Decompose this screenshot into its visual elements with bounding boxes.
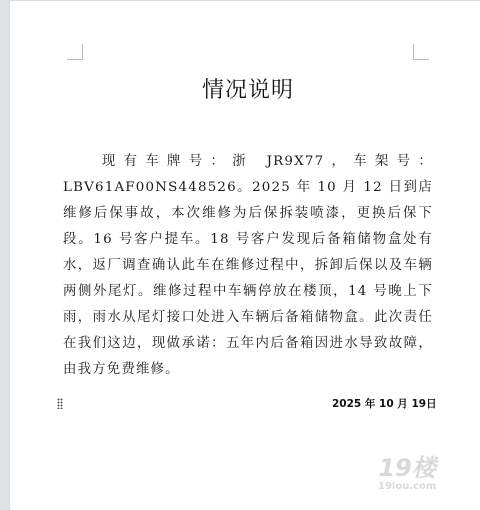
watermark-url: 19lou.com [378, 481, 436, 493]
watermark-logo: 19楼 [378, 455, 436, 481]
margin-corner-mark-top-right [413, 44, 429, 60]
margin-corner-mark-top-left [67, 44, 83, 60]
document-title: 情况说明 [10, 76, 480, 106]
drag-handle-icon[interactable] [57, 398, 63, 409]
document-date: 2025 年 10 月 19日 [332, 396, 437, 411]
watermark: 19楼 19lou.com [378, 455, 436, 493]
document-body-paragraph: 现有车牌号：浙 JR9X77，车架号：LBV61AF00NS448526。202… [63, 149, 433, 383]
document-page[interactable]: 情况说明 现有车牌号：浙 JR9X77，车架号：LBV61AF00NS44852… [10, 1, 480, 510]
